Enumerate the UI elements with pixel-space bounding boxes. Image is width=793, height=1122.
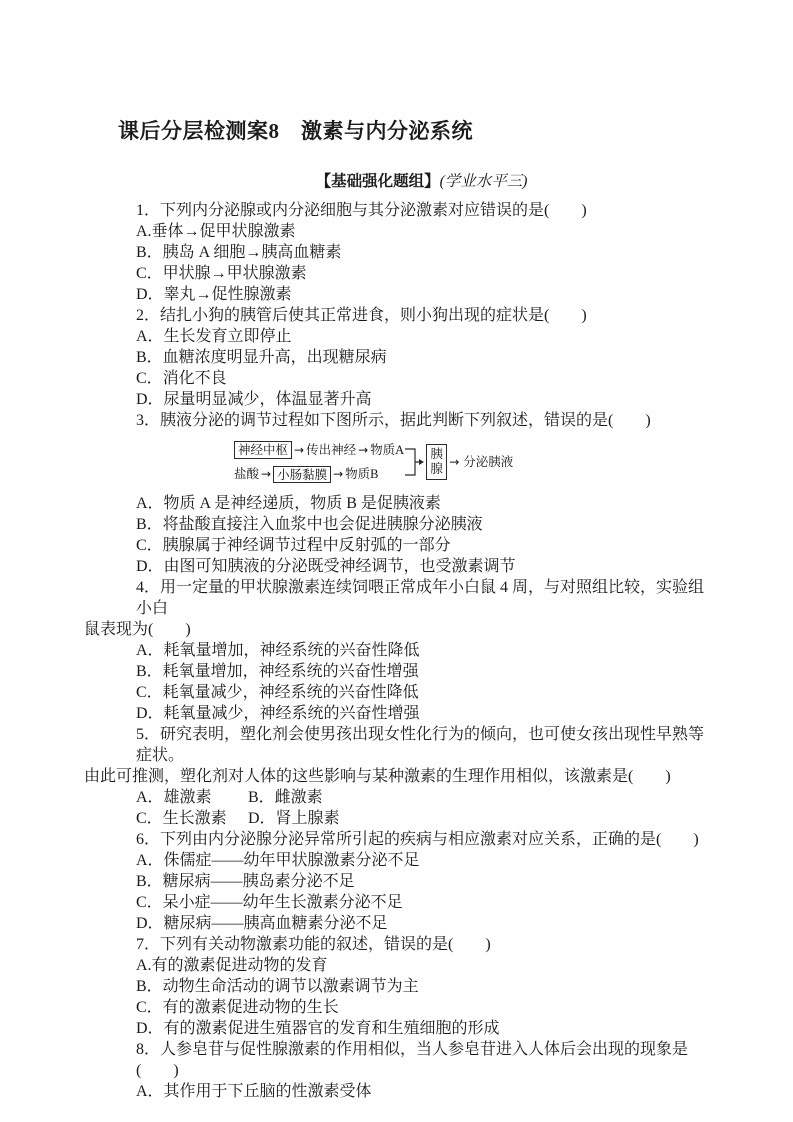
option-line: B．将盐酸直接注入血浆中也会促进胰腺分泌胰液 [84,514,717,535]
question-list: 1．下列内分泌腺或内分泌细胞与其分泌激素对应错误的是( ) A.垂体→促甲状腺激… [84,200,717,1102]
question-stem: 2．结扎小狗的胰管后使其正常进食，则小狗出现的症状是( ) [84,305,717,326]
option-line: C．胰腺属于神经调节过程中反射弧的一部分 [84,535,717,556]
option-line: A．其作用于下丘脑的性激素受体 [84,1081,717,1102]
substance-b-label: 物质B [345,468,378,481]
option-line: C．耗氧量减少，神经系统的兴奋性降低 [84,682,717,703]
option-line: B．胰岛 A 细胞→胰高血糖素 [84,242,717,263]
option-line: D．尿量明显减少，体温显著升高 [84,389,717,410]
stem-continuation: 鼠表现为( ) [84,619,717,640]
option-line: C．有的激素促进动物的生长 [84,997,717,1018]
option-line: D．有的激素促进生殖器官的发育和生殖细胞的形成 [84,1018,717,1039]
option-line: D．糖尿病——胰高血糖素分泌不足 [84,913,717,934]
page-title: 课后分层检测案8 激素与内分泌系统 [118,116,717,146]
option-line: D．由图可知胰液的分泌既受神经调节，也受激素调节 [84,556,717,577]
stem-continuation: 由此可推测，塑化剂对人体的这些影响与某种激素的生理作用相似，该激素是( ) [84,766,717,787]
efferent-nerve-label: 传出神经 [306,444,356,457]
option-line: A．耗氧量增加，神经系统的兴奋性降低 [84,640,717,661]
arrow-icon: → [449,456,459,468]
option-line: D．睾丸→促性腺激素 [84,284,717,305]
question-stem: 3．胰液分泌的调节过程如下图所示，据此判断下列叙述，错误的是( ) [84,410,717,431]
option-line: B．耗氧量增加，神经系统的兴奋性增强 [84,661,717,682]
arrow-icon: → [261,468,271,480]
section-level-label: (学业水平三) [440,173,528,190]
question-stem: 1．下列内分泌腺或内分泌细胞与其分泌激素对应错误的是( ) [84,200,717,221]
option-line: C．生长激素 [136,808,248,829]
neural-pathway-row: 神经中枢 → 传出神经 → 物质A [234,441,404,459]
humoral-pathway-row: 盐酸 → 小肠黏膜 → 物质B [234,466,404,484]
secretion-output-label: 分泌胰液 [463,456,513,469]
option-line: D．耗氧量减少，神经系统的兴奋性增强 [84,703,717,724]
question-stem: 4．用一定量的甲状腺激素连续饲喂正常成年小白鼠 4 周，与对照组比较，实验组小白 [84,577,717,619]
option-line: B．雌激素 [248,789,323,806]
arrow-icon: → [333,468,343,480]
section-badge: 【基础强化题组】 [316,173,440,190]
nerve-center-box: 神经中枢 [234,441,292,459]
option-line: A．生长发育立即停止 [84,326,717,347]
option-pair-row: A．雄激素B．雌激素 [84,787,717,808]
option-line: A.有的激素促进动物的发育 [84,955,717,976]
question-stem: 6．下列由内分泌腺分泌异常所引起的疾病与相应激素对应关系，正确的是( ) [84,829,717,850]
arrow-icon: → [358,444,368,456]
option-pair-row: C．生长激素D．肾上腺素 [84,808,717,829]
diagram-input-rows: 神经中枢 → 传出神经 → 物质A 盐酸 → 小肠黏膜 → 物质B [234,441,404,483]
substance-a-label: 物质A [370,444,404,457]
question-stem: 7．下列有关动物激素功能的叙述，错误的是( ) [84,934,717,955]
option-line: C．甲状腺→甲状腺激素 [84,263,717,284]
worksheet-page: 课后分层检测案8 激素与内分泌系统 【基础强化题组】(学业水平三) 1．下列内分… [0,0,793,1122]
option-line: B．糖尿病——胰岛素分泌不足 [84,871,717,892]
option-line: A.垂体→促甲状腺激素 [84,221,717,242]
pancreas-box: 胰腺 [426,444,447,480]
question-stem: 8．人参皂苷与促性腺激素的作用相似，当人参皂苷进入人体后会出现的现象是( ) [84,1039,717,1081]
question-stem: 5．研究表明，塑化剂会使男孩出现女性化行为的倾向，也可使女孩出现性早熟等症状。 [84,724,717,766]
option-line: A．物质 A 是神经递质，物质 B 是促胰液素 [84,493,717,514]
option-line: B．血糖浓度明显升高，出现糖尿病 [84,347,717,368]
section-header: 【基础强化题组】(学业水平三) [84,171,717,192]
option-line: A．雄激素 [136,787,248,808]
pancreatic-secretion-diagram: 神经中枢 → 传出神经 → 物质A 盐酸 → 小肠黏膜 → 物质B 胰腺 [234,434,717,490]
option-line: D．肾上腺素 [248,810,340,827]
intestinal-mucosa-box: 小肠黏膜 [273,466,331,484]
hydrochloric-acid-label: 盐酸 [234,468,259,481]
option-line: A．侏儒症——幼年甲状腺激素分泌不足 [84,850,717,871]
merge-bracket-icon [405,439,425,485]
arrow-icon: → [294,444,304,456]
option-line: C．呆小症——幼年生长激素分泌不足 [84,892,717,913]
option-line: C．消化不良 [84,368,717,389]
option-line: B．动物生命活动的调节以激素调节为主 [84,976,717,997]
